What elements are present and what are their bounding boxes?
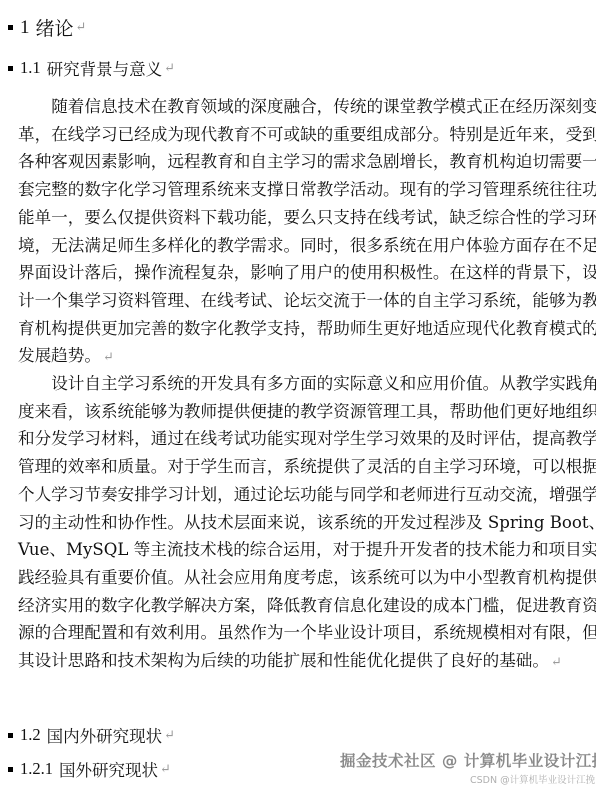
heading-number: 1.1 bbox=[20, 58, 41, 78]
heading-1: 1 绪论 ↵ bbox=[8, 14, 86, 41]
heading-title: 绪论 bbox=[36, 14, 74, 41]
paragraph-mark-icon: ↵ bbox=[76, 20, 87, 35]
heading-number: 1 bbox=[20, 17, 30, 39]
text-line: 个人学习节奏安排学习计划，通过论坛功能与同学和老师进行互动交流，增强学 bbox=[18, 481, 578, 509]
paragraph-significance: 设计自主学习系统的开发具有多方面的实际意义和应用价值。从教学实践角 度来看，该系… bbox=[18, 370, 578, 677]
bullet-icon bbox=[8, 733, 13, 738]
text-line: 管理的效率和质量。对于学生而言，系统提供了灵活的自主学习环境，可以根据 bbox=[18, 453, 578, 481]
watermark-primary: 掘金技术社区 @ 计算机毕业设计江挽 bbox=[340, 749, 596, 771]
text-line-content: 其设计思路和技术架构为后续的功能扩展和性能优化提供了良好的基础。 bbox=[18, 651, 549, 670]
bullet-icon bbox=[8, 767, 13, 772]
text-line: 育机构提供更加完善的数字化教学支持，帮助师生更好地适应现代化教育模式的 bbox=[18, 315, 578, 343]
paragraph-mark-icon: ↵ bbox=[103, 350, 114, 365]
heading-title: 国外研究现状 bbox=[59, 757, 158, 781]
text-line: 境，无法满足师生多样化的教学需求。同时，很多系统在用户体验方面存在不足， bbox=[18, 232, 578, 260]
document-page: 1 绪论 ↵ 1.1 研究背景与意义 ↵ 随着信息技术在教育领域的深度融合，传统… bbox=[0, 0, 596, 786]
text-line-content: 发展趋势。 bbox=[18, 346, 101, 365]
text-line: 经济实用的数字化教学解决方案，降低教育信息化建设的成本门槛，促进教育资 bbox=[18, 592, 578, 620]
heading-title: 研究背景与意义 bbox=[47, 56, 163, 80]
paragraph-background: 随着信息技术在教育领域的深度融合，传统的课堂教学模式正在经历深刻变 革，在线学习… bbox=[18, 93, 578, 372]
text-line: 习的主动性和协作性。从技术层面来说，该系统的开发过程涉及 Spring Boot… bbox=[18, 509, 578, 537]
bullet-icon bbox=[8, 25, 13, 30]
text-line: 革，在线学习已经成为现代教育不可或缺的重要组成部分。特别是近年来，受到 bbox=[18, 121, 578, 149]
heading-title: 国内外研究现状 bbox=[47, 723, 163, 747]
bullet-icon bbox=[8, 66, 13, 71]
text-line: 践经验具有重要价值。从社会应用角度考虑，该系统可以为中小型教育机构提供 bbox=[18, 564, 578, 592]
paragraph-mark-icon: ↵ bbox=[164, 728, 175, 743]
paragraph-mark-icon: ↵ bbox=[551, 655, 562, 670]
text-line: 随着信息技术在教育领域的深度融合，传统的课堂教学模式正在经历深刻变 bbox=[18, 93, 578, 121]
text-line: 度来看，该系统能够为教师提供便捷的教学资源管理工具，帮助他们更好地组织 bbox=[18, 398, 578, 426]
text-line: 各种客观因素影响，远程教育和自主学习的需求急剧增长，教育机构迫切需要一 bbox=[18, 148, 578, 176]
text-line-last: 发展趋势。↵ bbox=[18, 342, 578, 372]
text-line: 计一个集学习资料管理、在线考试、论坛交流于一体的自主学习系统，能够为教 bbox=[18, 287, 578, 315]
text-line: 源的合理配置和有效利用。虽然作为一个毕业设计项目，系统规模相对有限，但 bbox=[18, 619, 578, 647]
text-line: 套完整的数字化学习管理系统来支撑日常教学活动。现有的学习管理系统往往功 bbox=[18, 176, 578, 204]
text-line: Vue、MySQL 等主流技术栈的综合运用，对于提升开发者的技术能力和项目实 bbox=[18, 536, 578, 564]
heading-number: 1.2 bbox=[20, 725, 41, 745]
text-line: 界面设计落后，操作流程复杂，影响了用户的使用积极性。在这样的背景下，设 bbox=[18, 259, 578, 287]
watermark-secondary: CSDN @计算机毕业设计江挽 bbox=[470, 772, 595, 786]
text-line-last: 其设计思路和技术架构为后续的功能扩展和性能优化提供了良好的基础。↵ bbox=[18, 647, 578, 677]
paragraph-mark-icon: ↵ bbox=[160, 762, 171, 777]
text-line: 设计自主学习系统的开发具有多方面的实际意义和应用价值。从教学实践角 bbox=[18, 370, 578, 398]
heading-1-2-1: 1.2.1 国外研究现状 ↵ bbox=[8, 757, 171, 781]
text-line: 能单一，要么仅提供资料下载功能，要么只支持在线考试，缺乏综合性的学习环 bbox=[18, 204, 578, 232]
paragraph-mark-icon: ↵ bbox=[164, 61, 175, 76]
heading-1-2: 1.2 国内外研究现状 ↵ bbox=[8, 723, 175, 747]
heading-number: 1.2.1 bbox=[20, 759, 53, 779]
text-line: 和分发学习材料，通过在线考试功能实现对学生学习效果的及时评估，提高教学 bbox=[18, 425, 578, 453]
heading-1-1: 1.1 研究背景与意义 ↵ bbox=[8, 56, 175, 80]
